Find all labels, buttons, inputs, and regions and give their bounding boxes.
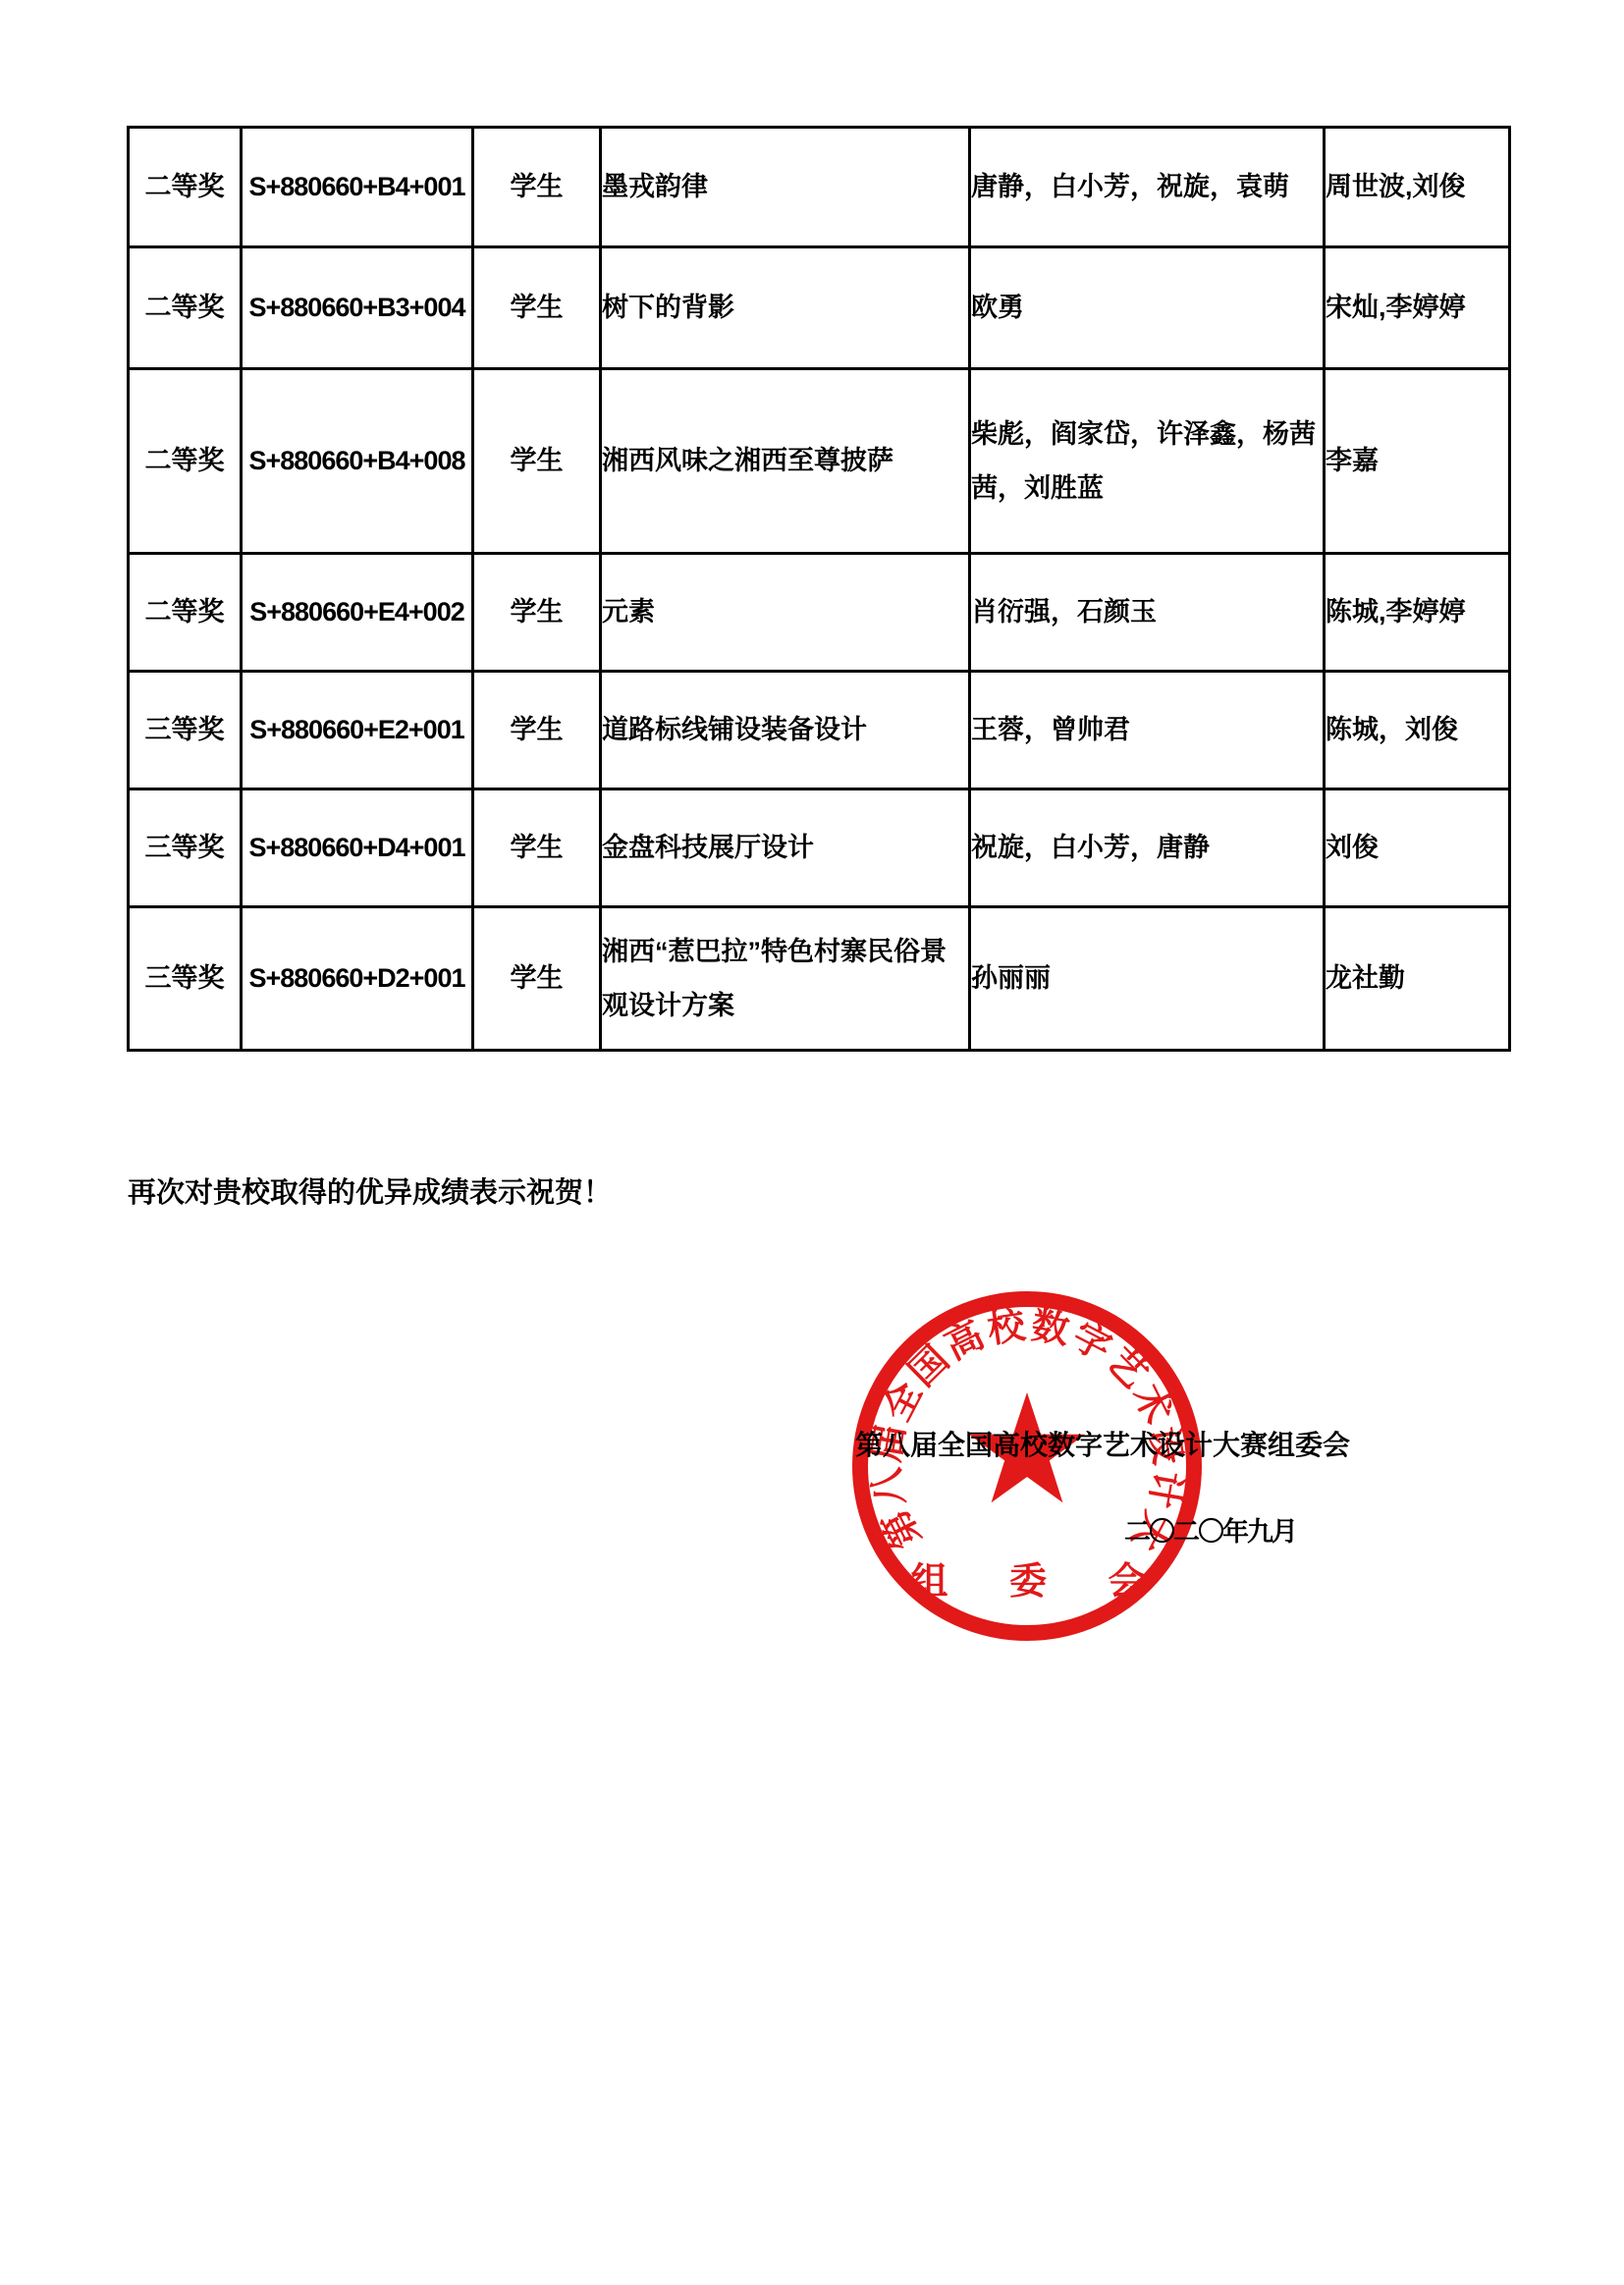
title-cell: 墨戎韵律 xyxy=(601,128,970,247)
authors-cell: 孙丽丽 xyxy=(970,907,1325,1051)
award-cell: 二等奖 xyxy=(129,554,242,672)
award-cell: 三等奖 xyxy=(129,907,242,1051)
advisors-cell: 龙社勤 xyxy=(1325,907,1510,1051)
table-row: 二等奖 S+880660+B4+008 学生 湘西风味之湘西至尊披萨 柴彪，阎家… xyxy=(129,369,1510,554)
advisors-cell: 李嘉 xyxy=(1325,369,1510,554)
authors-cell: 柴彪，阎家岱，许泽鑫，杨茜茜，刘胜蓝 xyxy=(970,369,1325,554)
category-cell: 学生 xyxy=(473,789,601,907)
authors-cell: 欧勇 xyxy=(970,247,1325,369)
title-cell: 树下的背影 xyxy=(601,247,970,369)
congratulation-text: 再次对贵校取得的优异成绩表示祝贺！ xyxy=(128,1170,612,1211)
code-cell: S+880660+B3+004 xyxy=(242,247,473,369)
category-cell: 学生 xyxy=(473,672,601,789)
authors-cell: 唐静，白小芳，祝旋，袁萌 xyxy=(970,128,1325,247)
title-cell: 元素 xyxy=(601,554,970,672)
code-cell: S+880660+B4+008 xyxy=(242,369,473,554)
advisors-cell: 周世波,刘俊 xyxy=(1325,128,1510,247)
title-cell: 湘西“惹巴拉”特色村寨民俗景观设计方案 xyxy=(601,907,970,1051)
code-cell: S+880660+E2+001 xyxy=(242,672,473,789)
code-cell: S+880660+E4+002 xyxy=(242,554,473,672)
award-cell: 三等奖 xyxy=(129,672,242,789)
category-cell: 学生 xyxy=(473,907,601,1051)
official-seal: 第八届全国高校数字艺术设计大赛 组 委 会 xyxy=(840,1279,1214,1653)
seal-bottom-text: 组 委 会 xyxy=(910,1561,1170,1603)
category-cell: 学生 xyxy=(473,247,601,369)
advisors-cell: 陈城，刘俊 xyxy=(1325,672,1510,789)
award-cell: 二等奖 xyxy=(129,247,242,369)
document-page: 二等奖 S+880660+B4+001 学生 墨戎韵律 唐静，白小芳，祝旋，袁萌… xyxy=(0,0,1624,2285)
authors-cell: 祝旋，白小芳，唐静 xyxy=(970,789,1325,907)
table-row: 二等奖 S+880660+B4+001 学生 墨戎韵律 唐静，白小芳，祝旋，袁萌… xyxy=(129,128,1510,247)
table-row: 二等奖 S+880660+B3+004 学生 树下的背影 欧勇 宋灿,李婷婷 xyxy=(129,247,1510,369)
title-cell: 金盘科技展厅设计 xyxy=(601,789,970,907)
code-cell: S+880660+D2+001 xyxy=(242,907,473,1051)
title-cell: 湘西风味之湘西至尊披萨 xyxy=(601,369,970,554)
code-cell: S+880660+D4+001 xyxy=(242,789,473,907)
category-cell: 学生 xyxy=(473,128,601,247)
award-cell: 二等奖 xyxy=(129,369,242,554)
advisors-cell: 宋灿,李婷婷 xyxy=(1325,247,1510,369)
advisors-cell: 刘俊 xyxy=(1325,789,1510,907)
table-row: 三等奖 S+880660+E2+001 学生 道路标线铺设装备设计 王蓉，曾帅君… xyxy=(129,672,1510,789)
table-row: 二等奖 S+880660+E4+002 学生 元素 肖衍强，石颜玉 陈城,李婷婷 xyxy=(129,554,1510,672)
authors-cell: 肖衍强，石颜玉 xyxy=(970,554,1325,672)
table-row: 三等奖 S+880660+D2+001 学生 湘西“惹巴拉”特色村寨民俗景观设计… xyxy=(129,907,1510,1051)
authors-cell: 王蓉，曾帅君 xyxy=(970,672,1325,789)
signature-date-line: 二〇二〇年九月 xyxy=(1124,1510,1296,1549)
award-cell: 二等奖 xyxy=(129,128,242,247)
category-cell: 学生 xyxy=(473,369,601,554)
advisors-cell: 陈城,李婷婷 xyxy=(1325,554,1510,672)
award-cell: 三等奖 xyxy=(129,789,242,907)
award-table: 二等奖 S+880660+B4+001 学生 墨戎韵律 唐静，白小芳，祝旋，袁萌… xyxy=(127,126,1511,1052)
category-cell: 学生 xyxy=(473,554,601,672)
table-row: 三等奖 S+880660+D4+001 学生 金盘科技展厅设计 祝旋，白小芳，唐… xyxy=(129,789,1510,907)
title-cell: 道路标线铺设装备设计 xyxy=(601,672,970,789)
signature-org-line: 第八届全国高校数字艺术设计大赛组委会 xyxy=(855,1424,1350,1463)
code-cell: S+880660+B4+001 xyxy=(242,128,473,247)
